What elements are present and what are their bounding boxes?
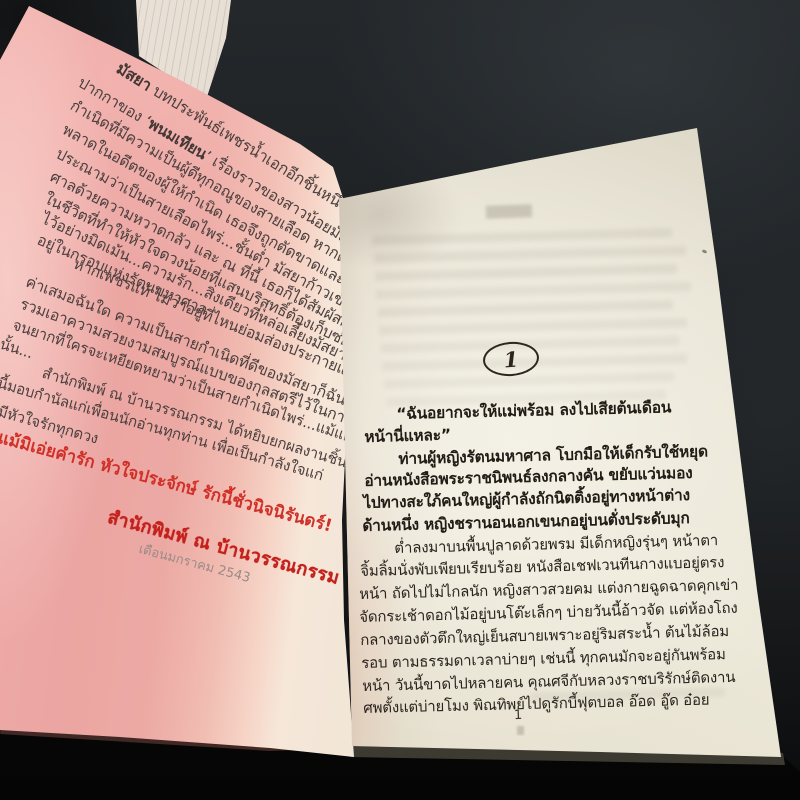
dust-speck [702,249,708,254]
page-number-ghost [517,726,524,735]
chapter-number: 1 [503,346,519,372]
chapter-number-badge: 1 [482,340,540,378]
book-photo: แม้มิเอ่ยคำรัก หัวใจประจักษ์ รักนี้ชั่วน… [0,0,800,800]
